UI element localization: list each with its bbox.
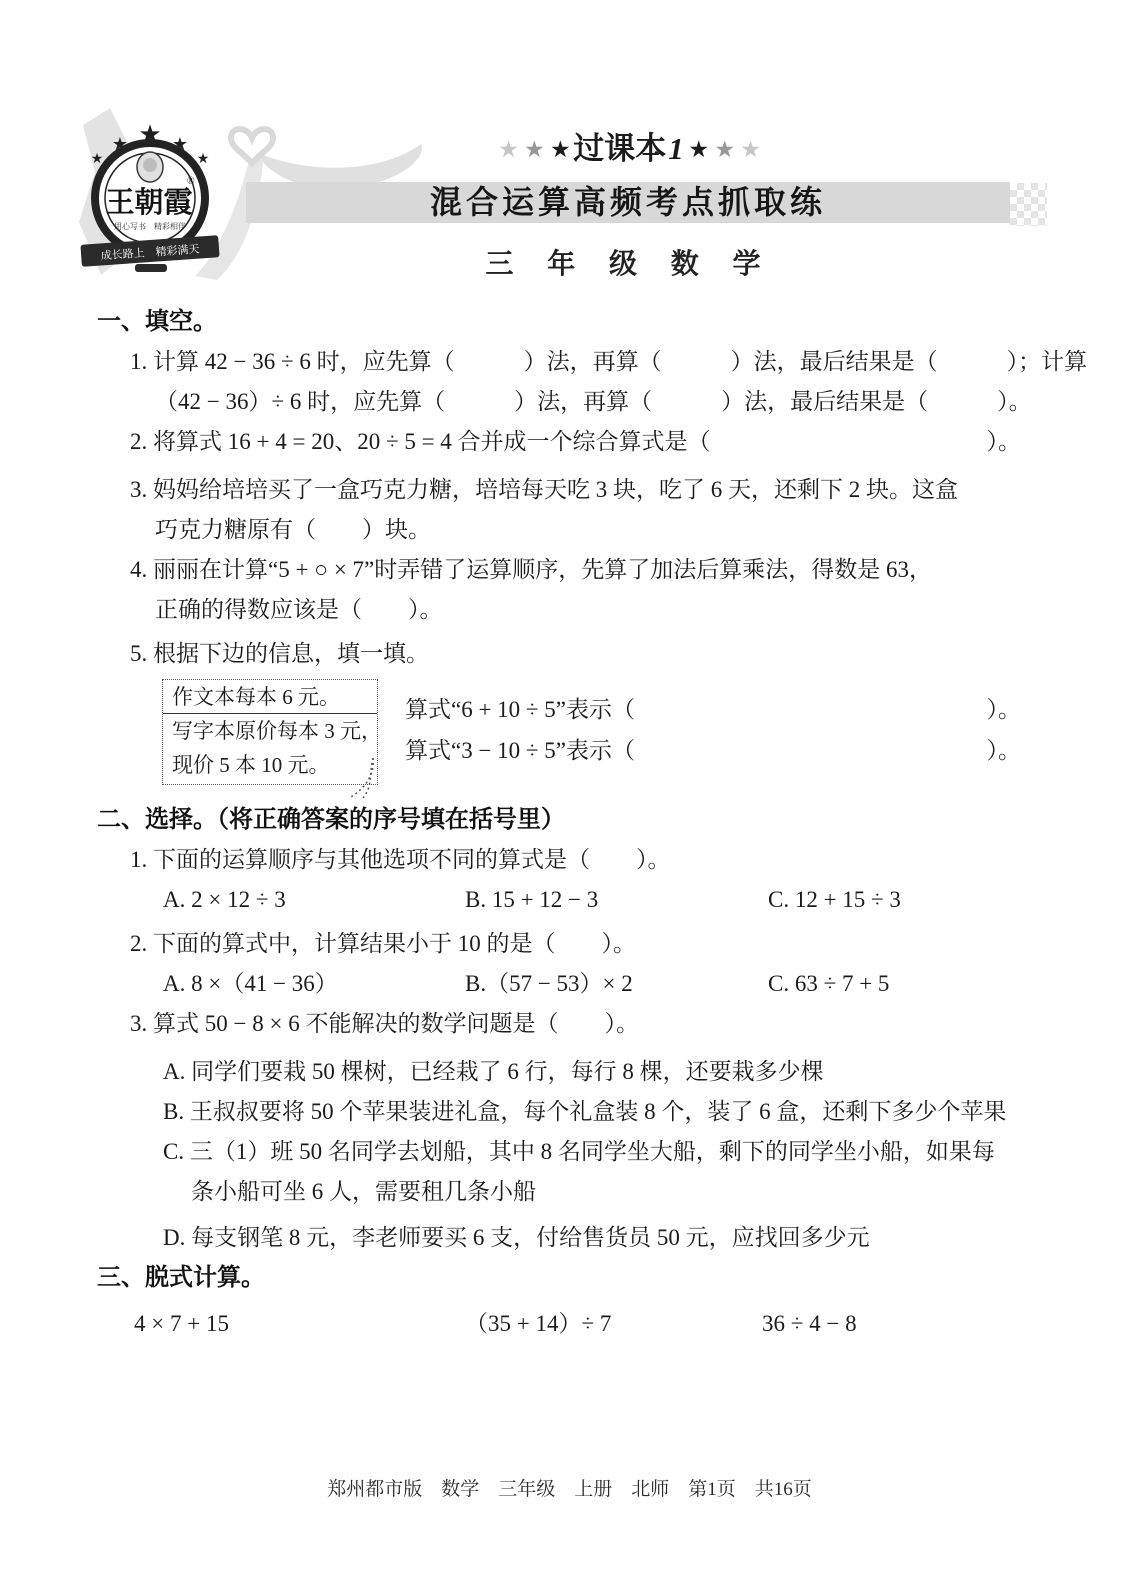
option-c: C. 12 + 15 ÷ 3	[768, 880, 1049, 920]
choice-q3-option-c-line-1: C. 三（1）班 50 名同学去划船，其中 8 名同学坐大船，剩下的同学坐小船，…	[163, 1132, 1049, 1172]
option-b: B.（57 − 53）× 2	[465, 964, 768, 1004]
star-icon: ★	[738, 139, 764, 161]
option-c: C. 63 ÷ 7 + 5	[768, 964, 1049, 1004]
series-title-line: ★★★过课本1★★★	[120, 128, 1139, 170]
formula-1-close: ）。	[987, 690, 1022, 730]
info-box-line-2: 写字本原价每本 3 元，	[163, 714, 377, 748]
choice-q2: 2. 下面的算式中，计算结果小于 10 的是（ ）。	[130, 924, 1049, 964]
option-a: A. 8 ×（41 − 36）	[163, 964, 465, 1004]
fill-item-2: 2. 将算式 16 + 4 = 20、20 ÷ 5 = 4 合并成一个综合算式是…	[130, 422, 1049, 462]
fill-item-5-label: 5. 根据下边的信息，填一填。	[130, 634, 1049, 674]
fill-item-4-line-2: 正确的得数应该是（ ）。	[155, 590, 1049, 630]
option-a: A. 2 × 12 ÷ 3	[163, 880, 465, 920]
fill-item-5-region: 作文本每本 6 元。 写字本原价每本 3 元， 现价 5 本 10 元。 算式“…	[97, 674, 1049, 800]
formula-2-close: ）。	[987, 731, 1022, 771]
choice-q3-option-d: D. 每支钢笔 8 元，李老师要买 6 支，付给售货员 50 元，应找回多少元	[163, 1218, 1049, 1258]
registered-mark-icon: ®	[187, 176, 195, 187]
star-icon: ★	[495, 139, 521, 161]
choice-q3-option-c-line-2: 条小船可坐 6 人，需要租几条小船	[191, 1172, 1049, 1212]
choice-q1-options: A. 2 × 12 ÷ 3 B. 15 + 12 − 3 C. 12 + 15 …	[163, 880, 1049, 920]
formula-line-2: 算式“3 − 10 ÷ 5”表示（ ）。	[405, 731, 1021, 771]
section-3-heading: 三、脱式计算。	[97, 1258, 1049, 1298]
section-2-heading: 二、选择。（将正确答案的序号填在括号里）	[97, 800, 1049, 840]
series-title: 过课本	[573, 131, 666, 166]
band-title: 混合运算高频考点抓取练	[246, 182, 1010, 223]
formula-line-1: 算式“6 + 10 ÷ 5”表示（ ）。	[405, 690, 1021, 730]
fill-item-3-line-1: 3. 妈妈给培培买了一盒巧克力糖，培培每天吃 3 块，吃了 6 天，还剩下 2 …	[130, 470, 1049, 510]
section-1-heading: 一、填空。	[97, 302, 1049, 342]
fill-item-4-line-1: 4. 丽丽在计算“5 + ○ × 7”时弄错了运算顺序，先算了加法后算乘法，得数…	[130, 550, 1049, 590]
worksheet-body: 一、填空。 1. 计算 42 − 36 ÷ 6 时，应先算（ ）法，再算（ ）法…	[97, 300, 1049, 1344]
brand-logo-badge: ★ ★ ★ ★ ★ 王朝霞 ® 用心写书 精彩相伴 成长路上 精彩满天	[65, 110, 240, 275]
choice-q2-options: A. 8 ×（41 − 36） B.（57 − 53）× 2 C. 63 ÷ 7…	[163, 964, 1049, 1004]
star-icon: ★	[686, 139, 712, 161]
star-icon: ★	[521, 139, 547, 161]
choice-q3-option-b: B. 王叔叔要将 50 个苹果装进礼盒，每个礼盒装 8 个，装了 6 盒，还剩下…	[163, 1092, 1049, 1132]
callout-tail-icon	[345, 756, 385, 802]
logo-sub-text: 用心写书 精彩相伴	[114, 221, 186, 231]
checker-pattern	[1010, 183, 1047, 226]
info-box-line-1: 作文本每本 6 元。	[163, 680, 377, 714]
band-title-strip: 混合运算高频考点抓取练	[246, 182, 1010, 223]
brand-name: 王朝霞	[105, 186, 192, 219]
worksheet-page: ★ ★ ★ ★ ★ 王朝霞 ® 用心写书 精彩相伴 成长路上 精彩满天 ★★★过…	[0, 0, 1139, 1582]
calc-expression-3: 36 ÷ 4 − 8	[762, 1304, 1049, 1344]
grade-title: 三 年 级 数 学	[120, 244, 1139, 284]
fill-item-3-line-2: 巧克力糖原有（ ）块。	[155, 510, 1049, 550]
calc-expression-1: 4 × 7 + 15	[134, 1304, 465, 1344]
choice-q3: 3. 算式 50 − 8 × 6 不能解决的数学问题是（ ）。	[130, 1004, 1049, 1044]
star-icon: ★	[712, 139, 738, 161]
formula-2-text: 算式“3 − 10 ÷ 5”表示（	[405, 731, 635, 771]
series-number: 1	[666, 131, 686, 166]
choice-q1: 1. 下面的运算顺序与其他选项不同的算式是（ ）。	[130, 840, 1049, 880]
choice-q3-option-a: A. 同学们要栽 50 棵树，已经栽了 6 行，每行 8 棵，还要栽多少棵	[163, 1052, 1049, 1092]
star-icon: ★	[547, 139, 573, 161]
option-b: B. 15 + 12 − 3	[465, 880, 768, 920]
fill-item-1-line-2: （42 − 36）÷ 6 时，应先算（ ）法，再算（ ）法，最后结果是（ ）。	[155, 382, 1049, 422]
calc-expression-2: （35 + 14）÷ 7	[465, 1304, 762, 1344]
formula-1-text: 算式“6 + 10 ÷ 5”表示（	[405, 690, 635, 730]
calc-expressions: 4 × 7 + 15 （35 + 14）÷ 7 36 ÷ 4 − 8	[134, 1304, 1049, 1344]
fill-item-1-line-1: 1. 计算 42 − 36 ÷ 6 时，应先算（ ）法，再算（ ）法，最后结果是…	[130, 342, 1049, 382]
page-footer: 郑州都市版 数学 三年级 上册 北师 第1页 共16页	[0, 1470, 1139, 1510]
